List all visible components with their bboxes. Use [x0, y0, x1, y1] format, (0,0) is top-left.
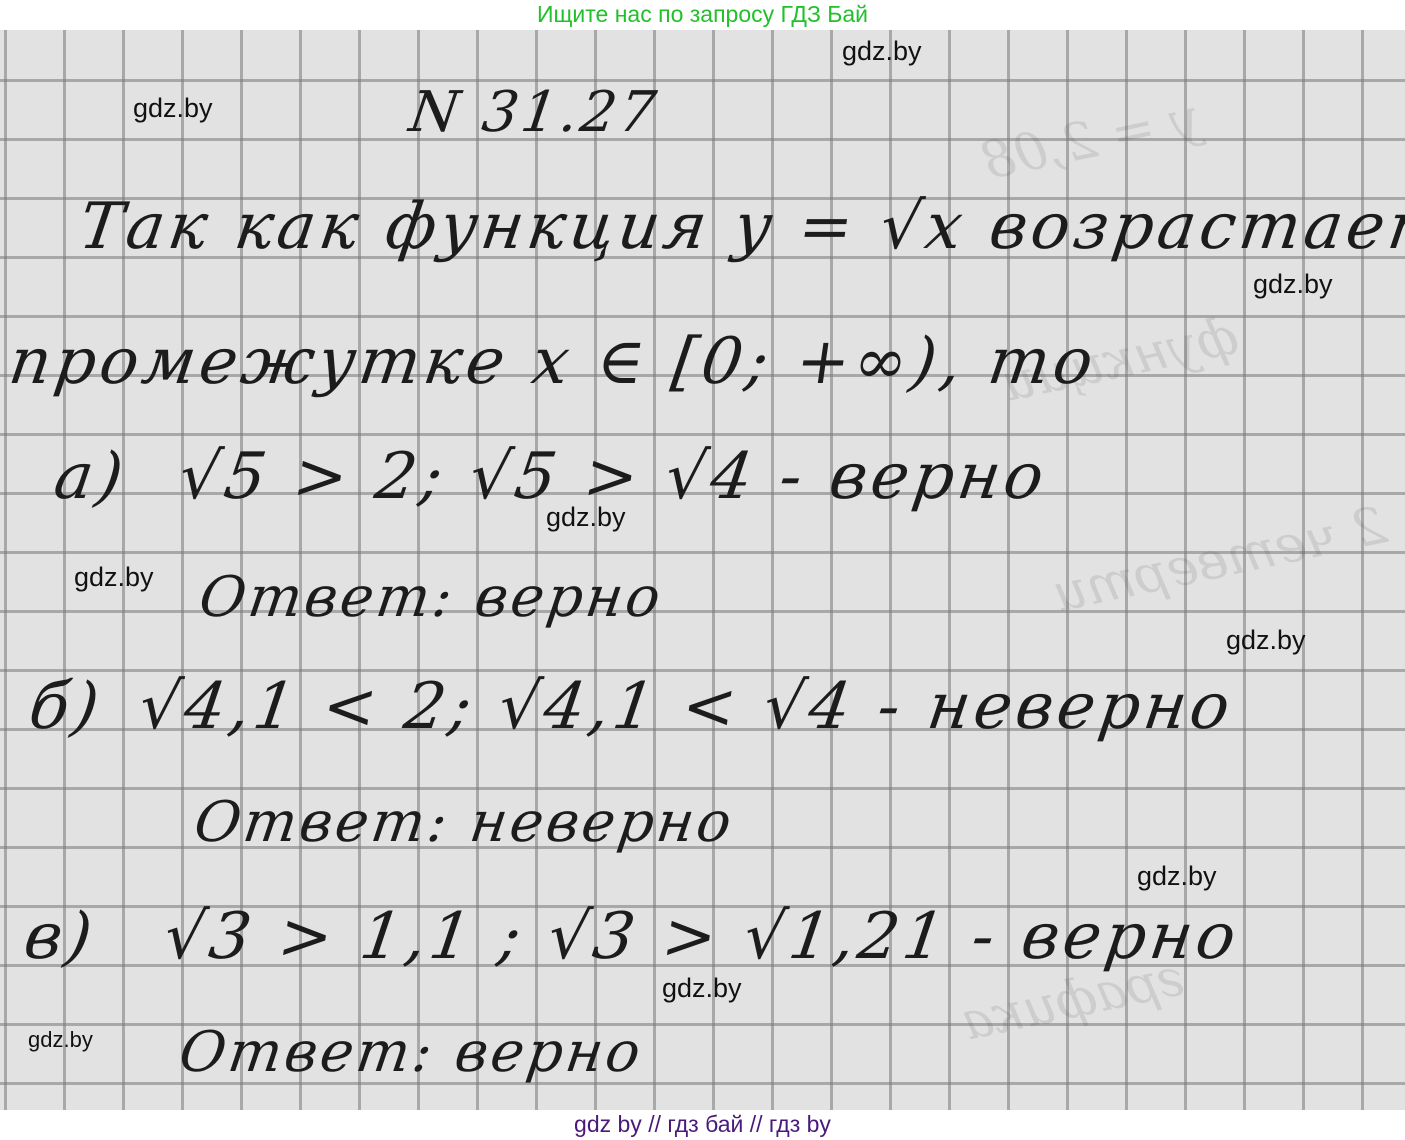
watermark: gdz.by: [1226, 625, 1306, 656]
part-b-statement: √4,1 < 2; √4,1 < √4 - неверно: [135, 670, 1238, 744]
watermark: gdz.by: [133, 93, 213, 124]
watermark: gdz.by: [546, 502, 626, 533]
part-c-label: в): [20, 900, 101, 974]
top-search-banner: Ищите нас по запросу ГДЗ Бай: [0, 0, 1405, 30]
watermark: gdz.by: [1253, 269, 1333, 300]
watermark: gdz.by: [74, 562, 154, 593]
task-number: N 31.27: [405, 80, 662, 145]
bottom-links-banner: gdz by // гдз бай // гдз by: [0, 1110, 1405, 1140]
watermark: gdz.by: [662, 973, 742, 1004]
watermark: gdz.by: [842, 36, 922, 67]
bleed-through-text: y = 2,08: [976, 88, 1205, 193]
notebook-page-photo: y = 2,08 функции 2 четверти графика N 31…: [0, 30, 1405, 1110]
watermark: gdz.by: [1137, 861, 1217, 892]
watermark: gdz.by: [28, 1027, 93, 1053]
part-c-statement: √3 > 1,1 ; √3 > √1,21 - верно: [160, 900, 1244, 974]
bleed-through-text: 2 четверти: [1047, 495, 1391, 624]
part-b-label: б): [25, 670, 107, 744]
part-c-answer: Ответ: верно: [175, 1020, 647, 1085]
part-a-label: а): [50, 440, 132, 514]
intro-line-1: Так как функция y = √x возрастает на: [75, 190, 1405, 264]
part-b-answer: Ответ: неверно: [190, 790, 738, 855]
part-a-answer: Ответ: верно: [195, 565, 667, 630]
intro-line-2: промежутке x ∈ [0; +∞), то: [5, 325, 1102, 399]
